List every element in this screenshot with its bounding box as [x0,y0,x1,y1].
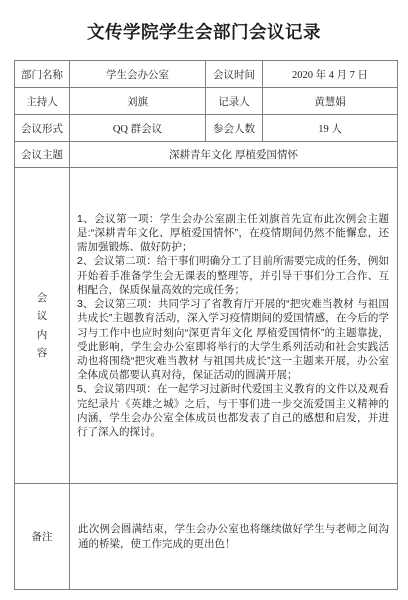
meeting-time-value: 2020 年 4 月 7 日 [263,61,398,88]
meeting-content-label: 会议内容 [15,168,70,484]
table-row: 备注 此次例会圆满结束，学生会办公室也将继续做好学生与老师之间沟通的桥梁，使工作… [15,484,398,590]
meeting-theme-label: 会议主题 [15,142,70,168]
remark-value: 此次例会圆满结束，学生会办公室也将继续做好学生与老师之间沟通的桥梁，使工作完成的… [78,522,389,551]
meeting-format-value: QQ 群会议 [70,115,206,142]
department-label: 部门名称 [15,61,70,88]
attendee-count-value: 19 人 [263,115,398,142]
attendee-count-label: 参会人数 [206,115,263,142]
meeting-content-item: 3、会议第三项：共同学习了省教育厅开展的“把灾难当教材 与祖国共成长”主题教育活… [77,297,389,382]
meeting-content-item: 2、会议第二项：给干事们明确分工了目前所需要完成的任务，例如开始着手准备学生会无… [77,254,389,297]
meeting-time-label: 会议时间 [206,61,263,88]
table-row: 会议主题 深耕青年文化 厚植爱国情怀 [15,142,398,168]
meeting-content-cell: 1、会议第一项：学生会办公室副主任刘旗首先宣布此次例会主题是:“深耕青年文化、厚… [70,168,398,484]
table-row: 会议内容 1、会议第一项：学生会办公室副主任刘旗首先宣布此次例会主题是:“深耕青… [15,168,398,484]
recorder-label: 记录人 [206,88,263,115]
table-row: 主持人 刘旗 记录人 黄慧娟 [15,88,398,115]
meeting-format-label: 会议形式 [15,115,70,142]
meeting-content-label-text: 会议内容 [37,289,48,363]
page-title: 文传学院学生会部门会议记录 [0,0,408,60]
department-value: 学生会办公室 [70,61,206,88]
remark-cell: 此次例会圆满结束，学生会办公室也将继续做好学生与老师之间沟通的桥梁，使工作完成的… [70,484,398,590]
meeting-content-item: 1、会议第一项：学生会办公室副主任刘旗首先宣布此次例会主题是:“深耕青年文化、厚… [77,212,389,255]
recorder-value: 黄慧娟 [263,88,398,115]
host-value: 刘旗 [70,88,206,115]
meeting-content-item: 5、会议第四项：在一起学习过新时代爱国主义教育的文件以及观看完纪录片《英雄之城》… [77,382,389,439]
remark-label: 备注 [15,484,70,590]
table-row: 部门名称 学生会办公室 会议时间 2020 年 4 月 7 日 [15,61,398,88]
meeting-minutes-page: 文传学院学生会部门会议记录 部门名称 学生会办公室 会议时间 2020 年 4 … [0,0,408,600]
meeting-theme-value: 深耕青年文化 厚植爱国情怀 [70,142,398,168]
table-row: 会议形式 QQ 群会议 参会人数 19 人 [15,115,398,142]
host-label: 主持人 [15,88,70,115]
meeting-minutes-table: 部门名称 学生会办公室 会议时间 2020 年 4 月 7 日 主持人 刘旗 记… [14,60,398,590]
